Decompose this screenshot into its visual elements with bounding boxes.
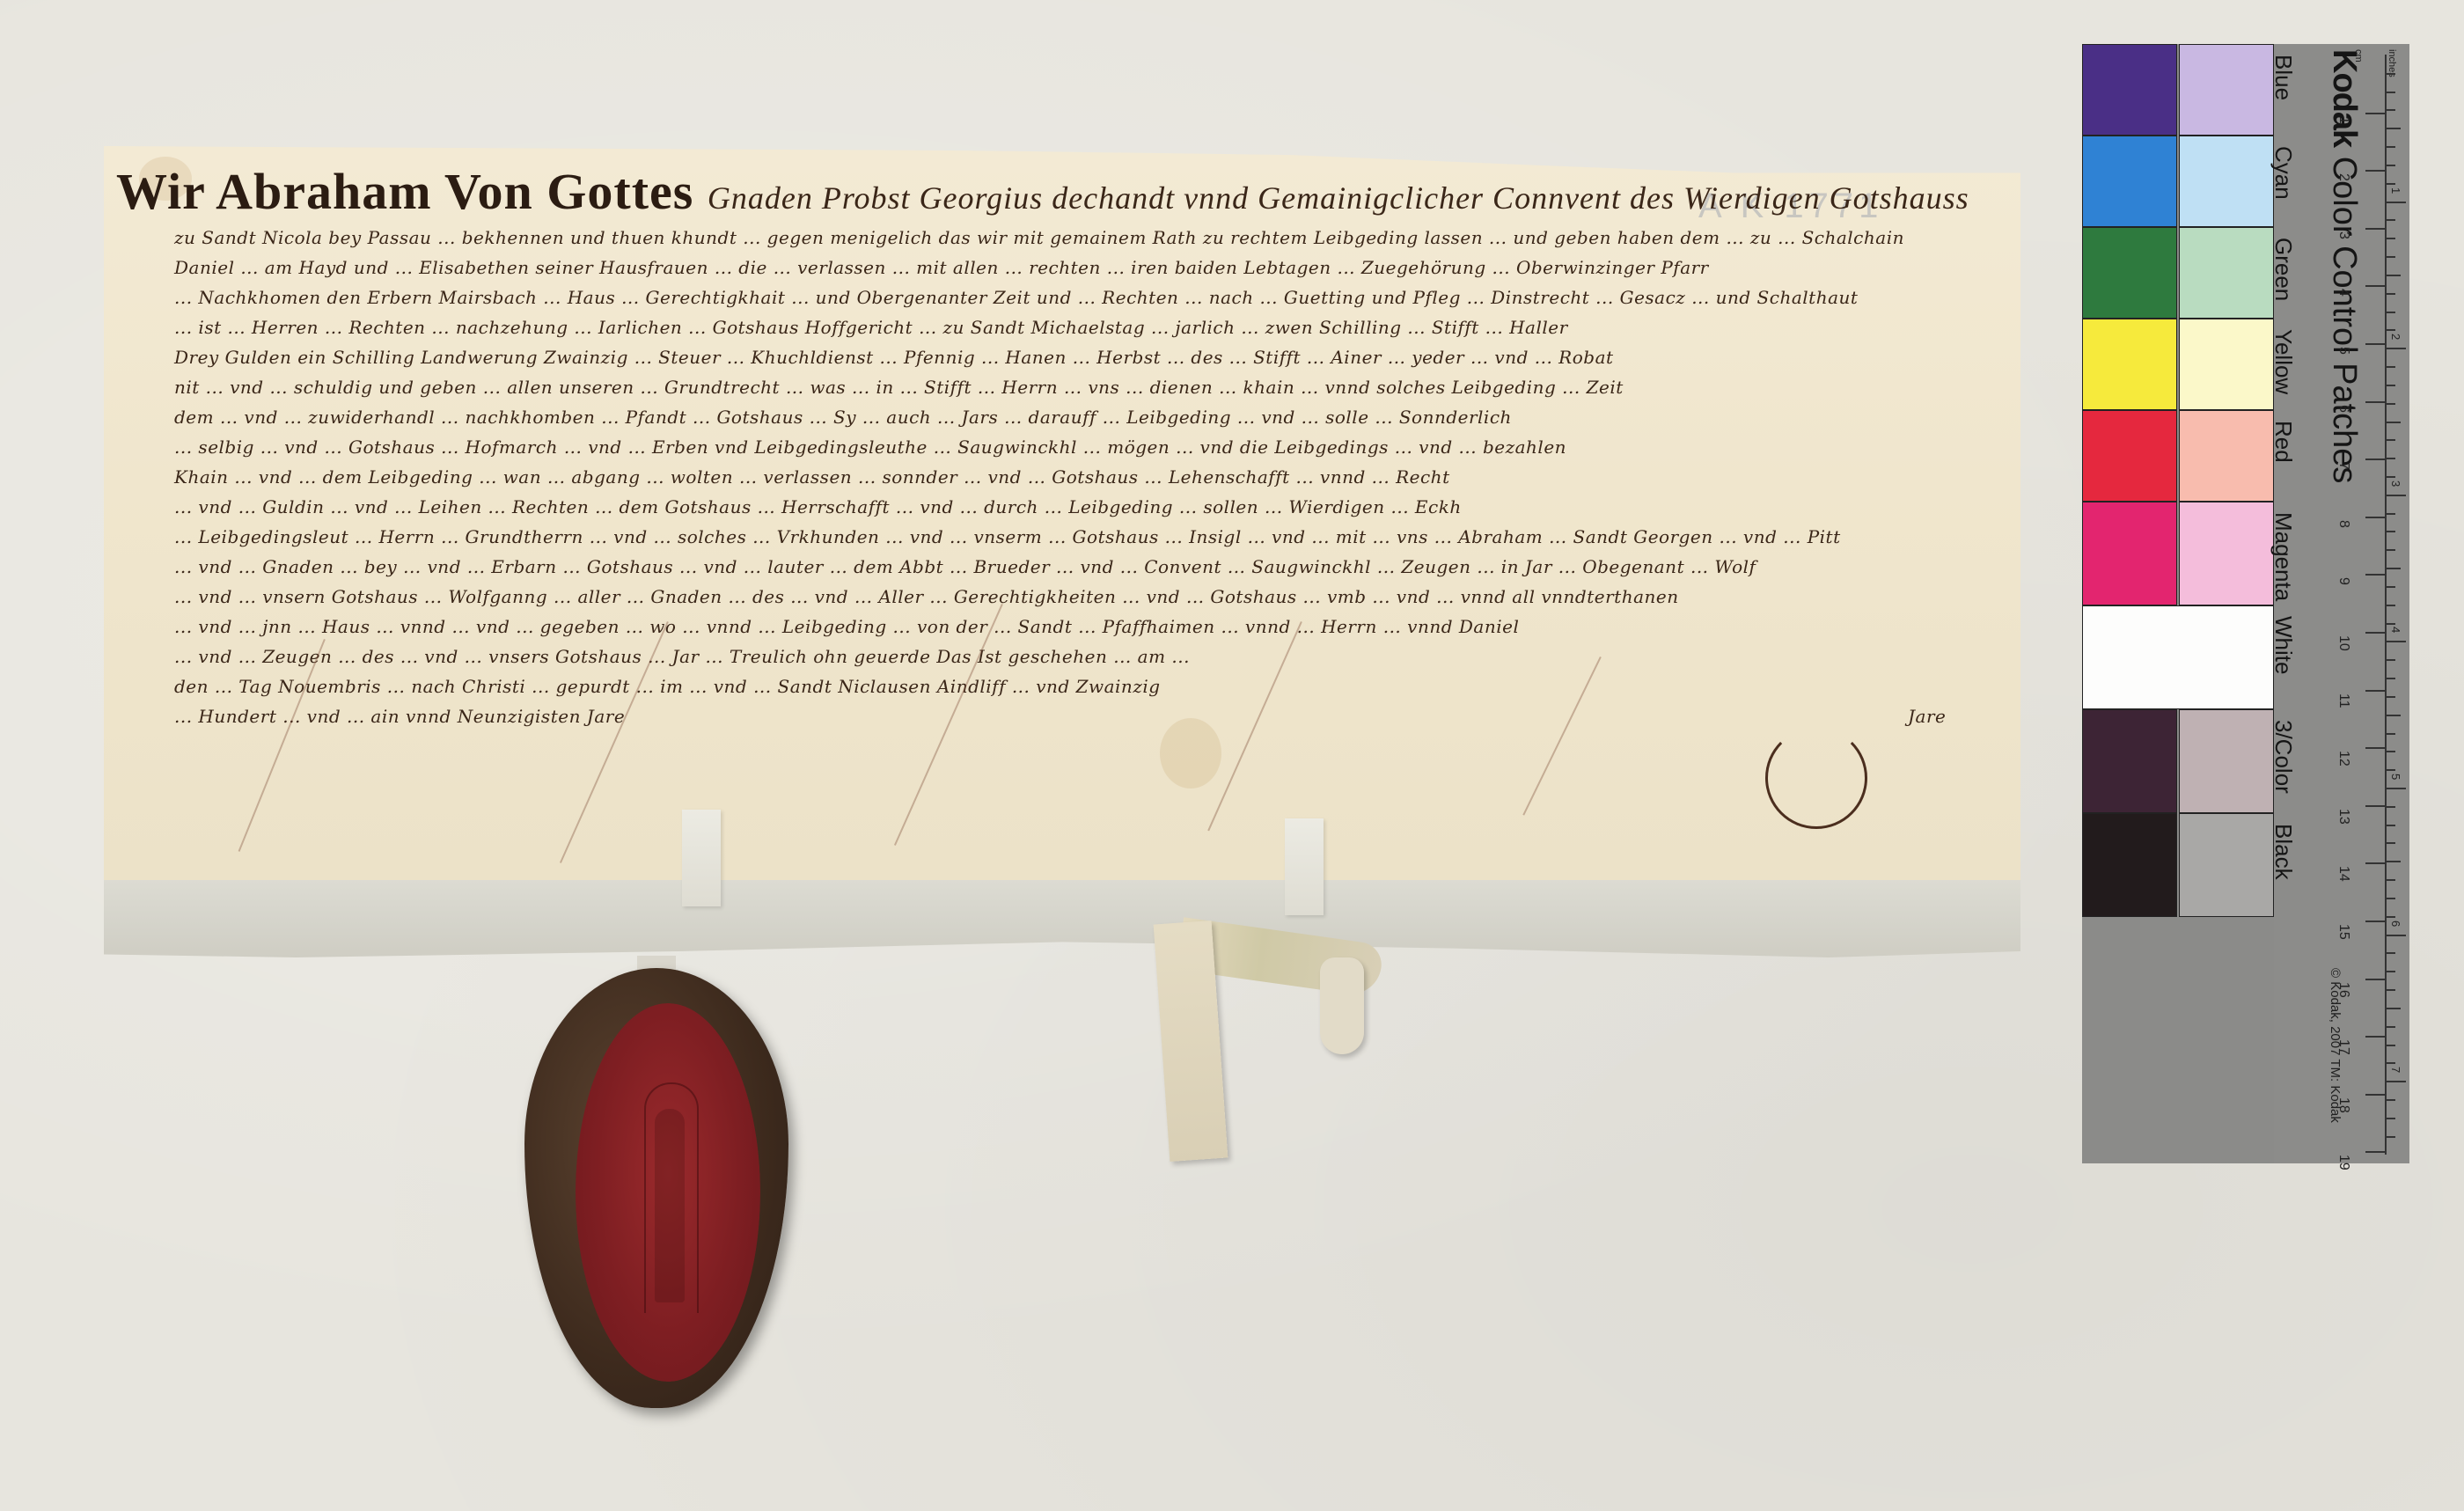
inch-tick xyxy=(2387,935,2406,936)
text-line-2: Daniel ... am Hayd und ... Elisabethen s… xyxy=(174,257,1709,278)
patch-label: Green xyxy=(2270,238,2297,301)
patch-black-light xyxy=(2179,813,2274,917)
inch-tick xyxy=(2387,238,2395,239)
inch-number: 3 xyxy=(2389,480,2402,487)
inch-tick xyxy=(2387,1026,2395,1028)
cm-number: 8 xyxy=(2336,520,2351,528)
inch-tick xyxy=(2387,531,2395,532)
inch-tick xyxy=(2387,439,2395,441)
cm-tick xyxy=(2365,1151,2387,1153)
inch-number: 1 xyxy=(2389,187,2402,194)
cm-number: 11 xyxy=(2336,693,2351,708)
cm-number: 16 xyxy=(2336,982,2351,998)
ruler-panel: Kodak Color Control Patches BlueCyanGree… xyxy=(2274,44,2409,1163)
cm-number: 19 xyxy=(2336,1155,2351,1170)
inch-tick xyxy=(2387,952,2395,954)
inch-tick xyxy=(2387,605,2395,606)
cm-tick xyxy=(2365,690,2387,692)
inch-tick xyxy=(2387,989,2395,991)
patch-magenta-dark xyxy=(2082,502,2177,605)
cm-number: 2 xyxy=(2336,173,2351,181)
text-line-9: Khain ... vnd ... dem Leibgeding ... wan… xyxy=(174,466,1450,488)
inch-tick xyxy=(2387,275,2401,276)
cm-tick xyxy=(2365,1036,2387,1038)
inch-tick xyxy=(2387,788,2406,789)
patch-label: Magenta xyxy=(2270,512,2297,601)
inch-tick xyxy=(2387,458,2395,459)
patch-yellow-light xyxy=(2179,319,2274,410)
text-line-13: ... vnd ... vnsern Gotshaus ... Wolfgann… xyxy=(174,586,1679,607)
inch-tick xyxy=(2387,366,2395,368)
patch-red-light xyxy=(2179,410,2274,502)
cm-number: 4 xyxy=(2336,289,2351,297)
text-line-15: ... vnd ... Zeugen ... des ... vnd ... v… xyxy=(174,646,1190,667)
cm-number: 5 xyxy=(2336,347,2351,355)
inch-tick xyxy=(2387,146,2395,148)
charter-parchment: A K 1771 Wir Abraham Von Gottes Gnaden P… xyxy=(104,146,2020,890)
strip-tag-curl xyxy=(1320,957,1364,1054)
text-line-5: Drey Gulden ein Schilling Landwerung Zwa… xyxy=(174,347,1614,368)
patch-cyan-light xyxy=(2179,136,2274,227)
text-line-4: ... ist ... Herren ... Rechten ... nachz… xyxy=(174,317,1568,338)
patch-label: Yellow xyxy=(2270,329,2297,394)
patch-label: Black xyxy=(2270,824,2297,880)
cm-number: 9 xyxy=(2336,577,2351,585)
patch-blue-light xyxy=(2179,44,2274,136)
patch-red-dark xyxy=(2082,410,2177,502)
text-line-8: ... selbig ... vnd ... Gotshaus ... Hofm… xyxy=(174,436,1566,458)
patch-label: Blue xyxy=(2270,55,2297,100)
inch-tick xyxy=(2387,1008,2401,1009)
inch-tick xyxy=(2387,623,2395,625)
charter-text: Wir Abraham Von Gottes Gnaden Probst Geo… xyxy=(104,146,2020,890)
inch-tick xyxy=(2387,696,2395,698)
inch-tick xyxy=(2387,586,2395,588)
kodak-brand: Kodak xyxy=(2326,49,2363,147)
patch-cyan-dark xyxy=(2082,136,2177,227)
text-line-1: zu Sandt Nicola bey Passau ... bekhennen… xyxy=(174,227,1904,248)
inch-tick xyxy=(2387,1045,2395,1046)
cm-tick xyxy=(2365,113,2387,114)
inch-tick xyxy=(2387,329,2395,331)
text-line-10: ... vnd ... Guldin ... vnd ... Leihen ..… xyxy=(174,496,1462,517)
seal-figure xyxy=(655,1109,685,1302)
inch-tick xyxy=(2387,971,2395,972)
inch-tick xyxy=(2387,348,2406,349)
inch-tick xyxy=(2387,128,2401,129)
cm-number: 15 xyxy=(2336,924,2351,940)
patch-label: White xyxy=(2270,616,2297,674)
cm-number: 7 xyxy=(2336,462,2351,470)
inch-number: 5 xyxy=(2389,774,2402,780)
text-line-12: ... vnd ... Gnaden ... bey ... vnd ... E… xyxy=(174,556,1756,577)
cm-number: 12 xyxy=(2336,751,2351,767)
inch-tick xyxy=(2387,659,2395,661)
seal-red-impression xyxy=(576,1003,760,1382)
signature-flourish xyxy=(1765,727,1867,829)
inch-tick xyxy=(2387,641,2406,642)
closing-word: Jare xyxy=(1908,706,1946,727)
cm-tick xyxy=(2365,401,2387,403)
inch-tick xyxy=(2387,898,2395,899)
inch-tick xyxy=(2387,769,2395,771)
inch-tick xyxy=(2387,916,2395,918)
cm-number: 1 xyxy=(2336,116,2351,124)
patch-green-light xyxy=(2179,227,2274,319)
cm-tick xyxy=(2365,979,2387,980)
inch-tick xyxy=(2387,312,2395,313)
cm-tick xyxy=(2365,632,2387,634)
inch-tick xyxy=(2387,202,2406,203)
inch-tick xyxy=(2387,422,2401,423)
parchment-strip-tag xyxy=(1144,922,1408,1186)
cm-tick xyxy=(2365,228,2387,230)
inch-tick xyxy=(2387,385,2395,386)
inch-tick xyxy=(2387,879,2395,881)
kodak-title: Kodak Color Control Patches xyxy=(2325,49,2363,483)
patch-green-dark xyxy=(2082,227,2177,319)
cm-tick xyxy=(2365,805,2387,807)
inch-tick xyxy=(2387,1136,2395,1138)
inch-tick xyxy=(2387,183,2395,185)
cm-tick xyxy=(2365,747,2387,749)
inch-tick xyxy=(2387,549,2395,551)
inch-number: 4 xyxy=(2389,627,2402,633)
cm-number: 3 xyxy=(2336,231,2351,239)
inch-tick xyxy=(2387,1099,2395,1101)
inch-number: 7 xyxy=(2389,1067,2402,1073)
inch-tick xyxy=(2387,73,2395,75)
inch-tick xyxy=(2387,513,2395,515)
inch-tick xyxy=(2387,495,2406,496)
inch-tick xyxy=(2387,165,2395,166)
inch-tick xyxy=(2387,476,2395,478)
cm-unit-label: cm xyxy=(2353,49,2364,62)
patch-blue-dark xyxy=(2082,44,2177,136)
inch-tick xyxy=(2387,1081,2406,1082)
patch-yellow-dark xyxy=(2082,319,2177,410)
patch-white xyxy=(2082,605,2274,709)
inch-number: 6 xyxy=(2389,921,2402,927)
patch-magenta-light xyxy=(2179,502,2274,605)
inch-tick xyxy=(2387,293,2395,295)
inch-tick xyxy=(2387,1118,2395,1119)
text-line-3: ... Nachkhomen den Erbern Mairsbach ... … xyxy=(174,287,1858,308)
inch-tick xyxy=(2387,256,2395,258)
text-line-7: dem ... vnd ... zuwiderhandl ... nachkho… xyxy=(174,407,1512,428)
inch-tick xyxy=(2387,806,2395,808)
text-line-17: ... Hundert ... vnd ... ain vnnd Neunzig… xyxy=(174,706,625,727)
text-line-14: ... vnd ... jnn ... Haus ... vnnd ... vn… xyxy=(174,616,1519,637)
inch-tick xyxy=(2387,403,2395,405)
cm-tick xyxy=(2365,170,2387,172)
inch-tick xyxy=(2387,109,2395,111)
cm-number: 6 xyxy=(2336,405,2351,413)
text-line-11: ... Leibgedingsleut ... Herrn ... Grundt… xyxy=(174,526,1841,547)
color-patch-grid xyxy=(2082,44,2274,1163)
cm-tick xyxy=(2365,343,2387,345)
inch-tick xyxy=(2387,219,2395,221)
cm-tick xyxy=(2365,458,2387,460)
patch-black-dark xyxy=(2082,813,2177,917)
text-line-6: nit ... vnd ... schuldig und geben ... a… xyxy=(174,377,1624,398)
cm-number: 13 xyxy=(2336,809,2351,825)
heading-initial: Wir xyxy=(116,163,205,220)
patch-label: Cyan xyxy=(2270,146,2297,200)
inch-number: 2 xyxy=(2389,334,2402,340)
cm-tick xyxy=(2365,921,2387,922)
patch-3-color-light xyxy=(2179,709,2274,813)
patch-3-color-dark xyxy=(2082,709,2177,813)
inch-tick xyxy=(2387,678,2395,679)
inch-tick xyxy=(2387,861,2401,862)
inch-tick xyxy=(2387,568,2401,569)
cm-tick xyxy=(2365,862,2387,864)
cm-number: 14 xyxy=(2336,866,2351,882)
seal-tag-slot-left xyxy=(682,810,721,906)
inch-tick xyxy=(2387,92,2395,93)
cm-number: 17 xyxy=(2336,1039,2351,1055)
heading-continuation: Gnaden Probst Georgius dechandt vnnd Gem… xyxy=(708,180,1969,216)
cm-tick xyxy=(2365,285,2387,287)
heading-words: Abraham Von Gottes xyxy=(216,163,693,220)
inch-tick xyxy=(2387,751,2395,752)
inch-tick xyxy=(2387,842,2395,844)
inch-tick xyxy=(2387,715,2401,716)
inch-tick xyxy=(2387,825,2395,826)
patch-label: Red xyxy=(2270,421,2297,463)
cm-tick xyxy=(2365,517,2387,518)
cm-number: 10 xyxy=(2336,635,2351,651)
inch-tick xyxy=(2387,1062,2395,1064)
wax-seal xyxy=(524,968,788,1408)
kodak-title-rest: Color Control Patches xyxy=(2326,147,2363,483)
patch-label: 3/Color xyxy=(2270,720,2297,794)
seal-tag-slot-right xyxy=(1285,818,1324,915)
text-line-16: den ... Tag Nouembris ... nach Christi .… xyxy=(174,676,1161,697)
inch-tick xyxy=(2387,733,2395,735)
cm-tick xyxy=(2365,1094,2387,1096)
cm-number: 18 xyxy=(2336,1097,2351,1113)
kodak-color-target: Kodak Color Control Patches BlueCyanGree… xyxy=(2082,44,2409,1163)
cm-tick xyxy=(2365,574,2387,576)
